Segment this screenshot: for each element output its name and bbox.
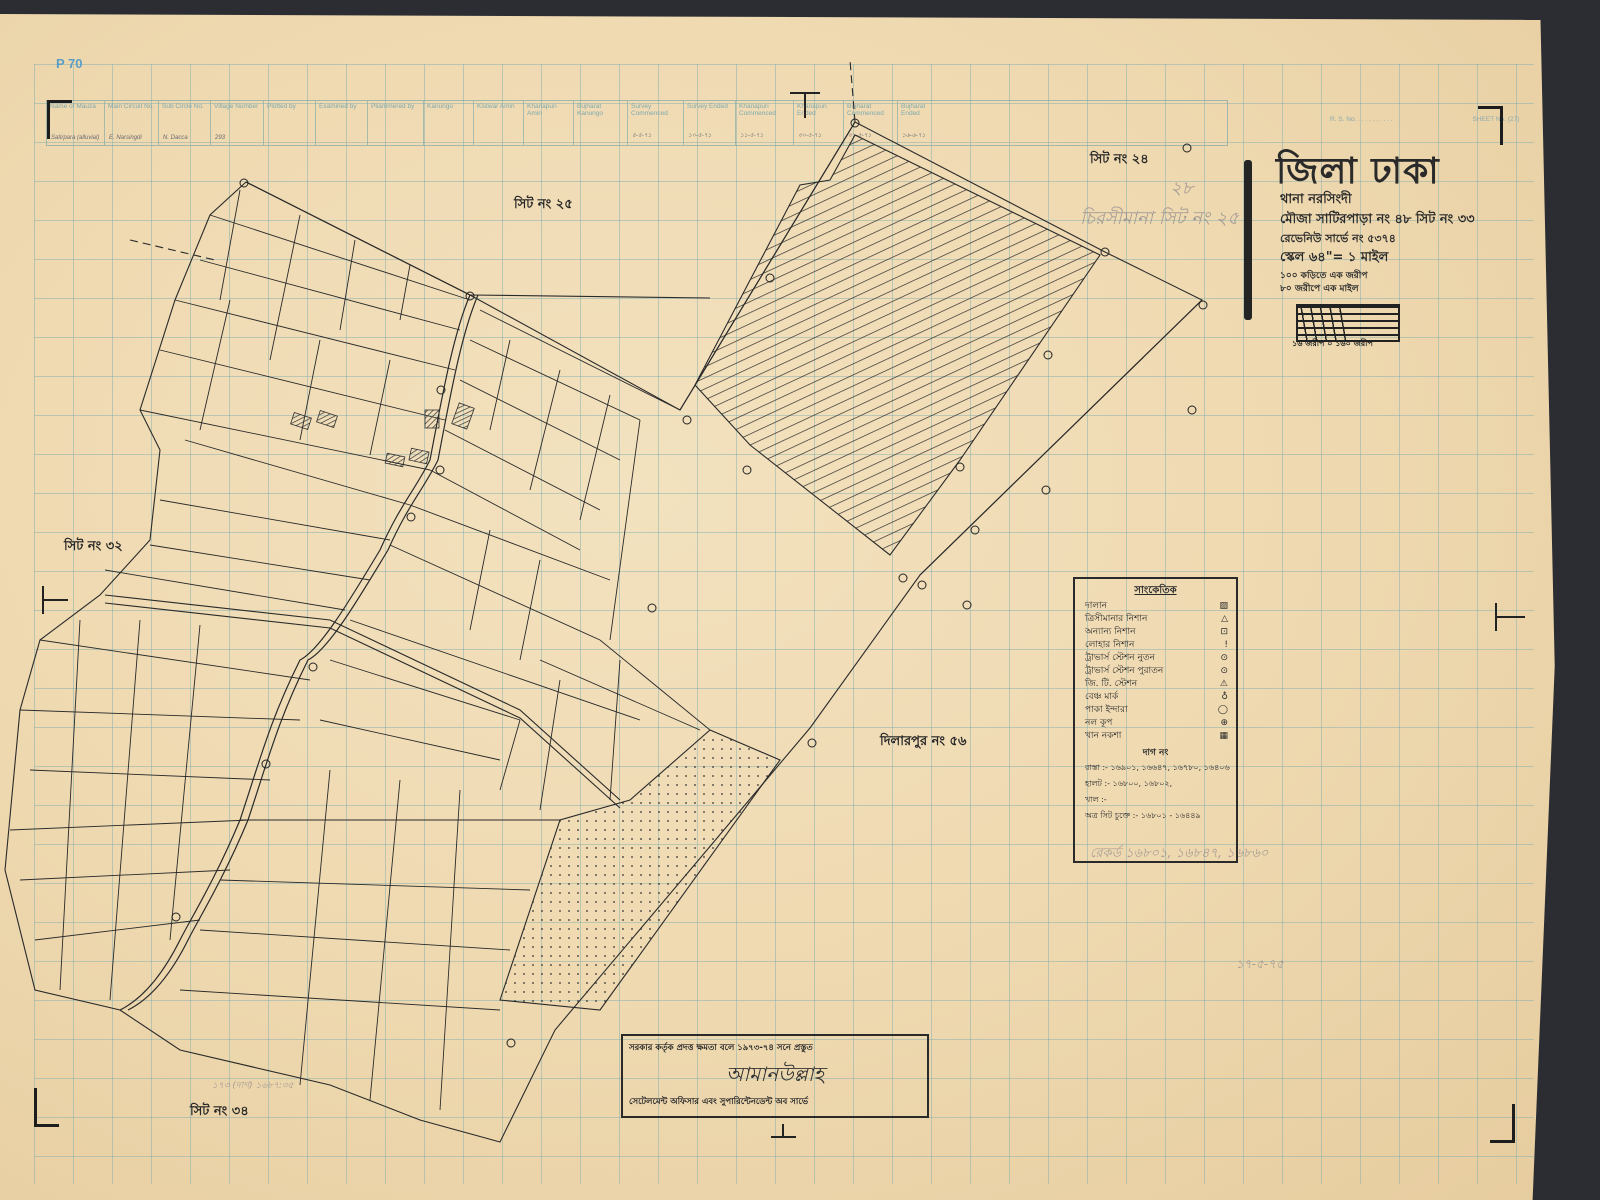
circle-dot-icon: ⊙ — [1220, 665, 1228, 678]
iron-mark-icon: ! — [1224, 639, 1228, 652]
pencil-note: চিরসীমানা সিট নং ২৫ — [1080, 204, 1239, 235]
boxed-dot-icon: ⊡ — [1220, 626, 1228, 639]
cadastral-map — [0, 14, 1580, 1200]
legend-item: ট্রাভার্স স্টেশন নুতন⊙ — [1075, 652, 1236, 665]
legend-item: জি. টি. স্টেশন⚠ — [1075, 678, 1236, 691]
khan-naksha-icon: ▦ — [1219, 730, 1228, 743]
legend-item: দালান▨ — [1075, 600, 1236, 613]
legend-item: খান নকশা▦ — [1075, 730, 1236, 743]
certificate-footer: সেটেলমেন্ট অফিসার এবং সুপারিন্টেনডেন্ট অ… — [623, 1093, 927, 1111]
gt-station-icon: ⚠ — [1220, 678, 1228, 691]
pencil-note: ২৮ — [1170, 174, 1193, 205]
legend-item: নল কূপ⊕ — [1075, 717, 1236, 730]
legend-item: বেঞ্চ মার্ক♁ — [1075, 691, 1236, 704]
pencil-note: ১৭-৫-৭৫ — [1236, 956, 1284, 976]
well-icon: ◯ — [1218, 704, 1228, 717]
adjacent-sheet-south: সিট নং ৩৪ — [190, 1102, 249, 1123]
legend-box: সাংকেতিক দালান▨ ত্রিসীমানার নিশান△ অন্যা… — [1073, 577, 1238, 863]
other-sheet-plots: অত্র সিট চুক্তে :- ১৬৮০১ - ১৬৪৪৯ — [1075, 808, 1236, 824]
adjacent-mauza-label: দিলারপুর নং ৫৬ — [880, 732, 966, 753]
legend-item: লোহার নিশান! — [1075, 639, 1236, 652]
adjacent-sheet-north: সিট নং ২৫ — [514, 195, 573, 216]
triangle-icon: △ — [1221, 613, 1228, 626]
legend-title: সাংকেতিক — [1075, 583, 1236, 600]
legend-item: ট্রাভার্স স্টেশন পুরাতন⊙ — [1075, 665, 1236, 678]
legend-item: ত্রিসীমানার নিশান△ — [1075, 613, 1236, 626]
adjacent-sheet-west: সিট নং ৩২ — [64, 537, 123, 558]
legend-item: পাকা ইন্দারা◯ — [1075, 704, 1236, 717]
certificate-box: সরকার কর্তৃক প্রদত্ত ক্ষমতা বলে ১৯৭৩-৭৪ … — [621, 1034, 929, 1118]
pencil-note: ১৭৩ (দাগ) ১৬৮৭:৩৫ — [212, 1078, 294, 1093]
legend-item: অন্যান্য নিশান⊡ — [1075, 626, 1236, 639]
halot-plots: হালট :- ১৬৮০০, ১৬৮০২, — [1075, 776, 1236, 792]
dag-heading: দাগ নং — [1075, 745, 1236, 760]
certificate-header: সরকার কর্তৃক প্রদত্ত ক্ষমতা বলে ১৯৭৩-৭৪ … — [623, 1036, 927, 1060]
map-sheet: P 70 Name of MauzaSatirpara (alluvial) M… — [0, 14, 1580, 1200]
building-hatch-icon: ▨ — [1219, 600, 1228, 613]
circle-dot-icon: ⊙ — [1220, 652, 1228, 665]
adjacent-sheet-northeast: সিট নং ২৪ — [1090, 150, 1149, 171]
road-plots: রাস্তা :- ১৬৯০১, ১৬৬৪৭, ১৬৭৮০, ১৬৪০৬ — [1075, 760, 1236, 776]
tubewell-icon: ⊕ — [1220, 717, 1228, 730]
officer-signature: আমানউল্লাহ — [623, 1060, 927, 1093]
khal-plots: খাল :- — [1075, 792, 1236, 808]
bench-mark-icon: ♁ — [1221, 691, 1228, 704]
